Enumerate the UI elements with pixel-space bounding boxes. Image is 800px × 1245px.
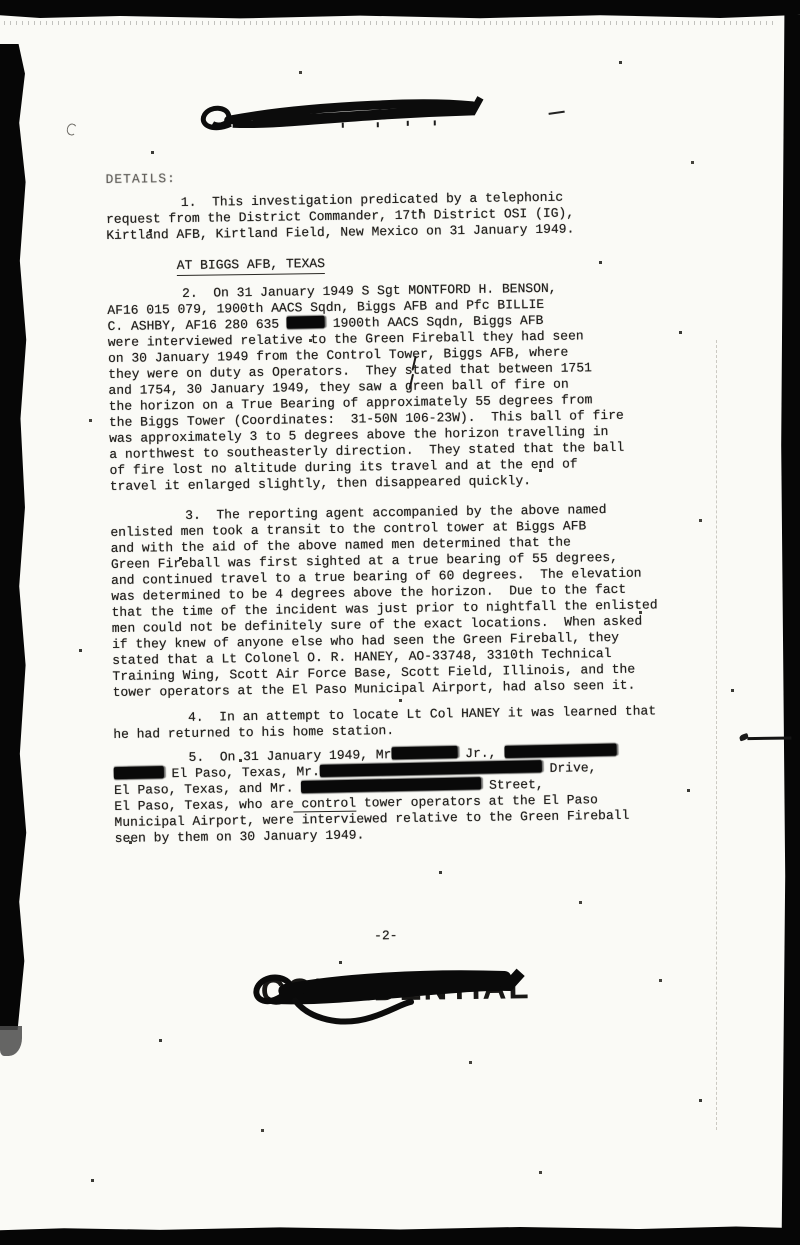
- redaction-bar: [391, 746, 457, 759]
- paragraph: 2. On 31 January 1949 S Sgt MONTFORD H. …: [107, 279, 685, 495]
- details-label: DETAILS:: [105, 164, 680, 188]
- redaction-bar: [320, 760, 542, 777]
- paragraph: 3. The reporting agent accompanied by th…: [110, 501, 688, 701]
- text-run: he had returned to his home station.: [113, 723, 394, 742]
- obliterated-stamp-bottom: CONFIDENTIAL: [248, 956, 579, 1056]
- paragraph: 1. This investigation predicated by a te…: [106, 188, 682, 244]
- document-scan: DETAILS:1. This investigation predicated…: [0, 0, 800, 1245]
- text-run: 5. On 31 January 1949, Mr: [188, 747, 391, 765]
- text-run: control: [294, 796, 357, 813]
- text-run: El Paso, Texas, and Mr.: [114, 780, 301, 798]
- redaction-bar: [114, 766, 164, 779]
- page-content: DETAILS:1. This investigation predicated…: [0, 0, 800, 1245]
- ink-scribble-icon: [248, 956, 579, 1056]
- text-run: Drive,: [542, 760, 597, 776]
- text-run: El Paso, Texas, who are: [114, 796, 294, 814]
- redaction-bar: [287, 316, 325, 329]
- typed-body: DETAILS:1. This investigation predicated…: [105, 164, 689, 847]
- text-run: seen by them on 30 January 1949.: [115, 827, 365, 845]
- redaction-bar: [301, 777, 481, 793]
- obliterated-stamp-top: [192, 89, 583, 146]
- ink-scribble-icon: [192, 89, 583, 146]
- text-run: Jr.,: [457, 746, 504, 762]
- text-run: Street,: [481, 777, 544, 793]
- margin-dash-mark: [747, 737, 791, 740]
- redaction-bar: [504, 744, 616, 758]
- page-number: -2-: [374, 928, 398, 943]
- section-heading: AT BIGGS AFB, TEXAS: [177, 255, 325, 276]
- text-run: El Paso, Texas, Mr.: [164, 764, 320, 781]
- paragraph: 5. On 31 January 1949, Mr Jr., El Paso, …: [114, 743, 690, 847]
- text-run: C. ASHBY, AF16 280 635: [107, 317, 287, 335]
- text-run: 1900th AACS Sqdn, Biggs AFB: [325, 313, 544, 331]
- paragraph: 4. In an attempt to locate Lt Col HANEY …: [113, 703, 688, 743]
- curl-mark: [66, 123, 78, 137]
